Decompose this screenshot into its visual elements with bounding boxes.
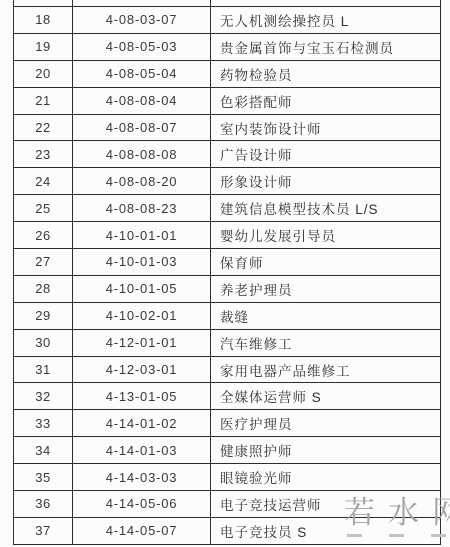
- row-number-cell: 29: [14, 303, 73, 329]
- occupation-name-cell: 养老护理员: [211, 276, 440, 302]
- occupation-name-cell: 贵金属首饰与宝玉石检测员: [211, 34, 440, 60]
- occupation-code-cell: 4-13-01-05: [73, 383, 211, 409]
- row-number-cell: 30: [14, 330, 73, 356]
- table-row: 234-08-08-08广告设计师: [14, 141, 440, 168]
- table-row: 204-08-05-04药物检验员: [14, 61, 440, 88]
- row-number-cell: 22: [14, 115, 73, 141]
- occupation-code-cell: [73, 0, 211, 6]
- occupation-code-cell: 4-10-02-01: [73, 303, 211, 329]
- occupation-name-cell: 电子竞技员 S: [211, 518, 440, 544]
- occupation-code-cell: 4-10-01-05: [73, 276, 211, 302]
- table-row: 184-08-03-07无人机测绘操控员 L: [14, 7, 440, 34]
- table-row: 264-10-01-01婴幼儿发展引导员: [14, 222, 440, 249]
- table-row: 324-13-01-05全媒体运营师 S: [14, 383, 440, 410]
- occupation-code-table: 184-08-03-07无人机测绘操控员 L194-08-05-03贵金属首饰与…: [13, 0, 441, 545]
- row-number-cell: 25: [14, 195, 73, 221]
- occupation-name-cell: 建筑信息模型技术员 L/S: [211, 195, 440, 221]
- occupation-code-cell: 4-08-08-07: [73, 115, 211, 141]
- occupation-code-cell: 4-14-01-03: [73, 437, 211, 463]
- occupation-name-cell: 汽车维修工: [211, 330, 440, 356]
- occupation-name-cell: 室内装饰设计师: [211, 115, 440, 141]
- occupation-name-cell: 医疗护理员: [211, 410, 440, 436]
- row-number-cell: 37: [14, 518, 73, 544]
- occupation-code-cell: 4-10-01-03: [73, 249, 211, 275]
- row-number-cell: 26: [14, 222, 73, 248]
- occupation-code-cell: 4-08-08-04: [73, 88, 211, 114]
- table-row: 304-12-01-01汽车维修工: [14, 330, 440, 357]
- occupation-code-cell: 4-08-05-03: [73, 34, 211, 60]
- occupation-name-cell: 全媒体运营师 S: [211, 383, 440, 409]
- occupation-name-cell: 婴幼儿发展引导员: [211, 222, 440, 248]
- scanned-document-page: 184-08-03-07无人机测绘操控员 L194-08-05-03贵金属首饰与…: [0, 0, 450, 547]
- occupation-name-cell: 保育师: [211, 249, 440, 275]
- occupation-code-cell: 4-08-08-08: [73, 141, 211, 167]
- occupation-code-cell: 4-08-08-20: [73, 168, 211, 194]
- table-row: 194-08-05-03贵金属首饰与宝玉石检测员: [14, 34, 440, 61]
- row-number-cell: 31: [14, 357, 73, 383]
- table-row: 244-08-08-20形象设计师: [14, 168, 440, 195]
- table-partial-row-top: [14, 0, 440, 7]
- row-number-cell: 19: [14, 34, 73, 60]
- table-row: 254-08-08-23建筑信息模型技术员 L/S: [14, 195, 440, 222]
- occupation-code-cell: 4-08-08-23: [73, 195, 211, 221]
- occupation-code-cell: 4-08-05-04: [73, 61, 211, 87]
- row-number-cell: 32: [14, 383, 73, 409]
- row-number-cell: 34: [14, 437, 73, 463]
- table-row: 354-14-03-03眼镜验光师: [14, 464, 440, 491]
- occupation-name-cell: 家用电器产品维修工: [211, 357, 440, 383]
- row-number-cell: 28: [14, 276, 73, 302]
- occupation-code-cell: 4-12-01-01: [73, 330, 211, 356]
- occupation-code-cell: 4-10-01-01: [73, 222, 211, 248]
- row-number-cell: 33: [14, 410, 73, 436]
- table-row: 274-10-01-03保育师: [14, 249, 440, 276]
- occupation-code-cell: 4-14-05-07: [73, 518, 211, 544]
- occupation-name-cell: 电子竞技运营师: [211, 491, 440, 517]
- table-row: 344-14-01-03健康照护师: [14, 437, 440, 464]
- table-row: 334-14-01-02医疗护理员: [14, 410, 440, 437]
- occupation-code-cell: 4-14-05-06: [73, 491, 211, 517]
- occupation-code-cell: 4-14-03-03: [73, 464, 211, 490]
- table-row: 374-14-05-07电子竞技员 S: [14, 518, 440, 545]
- table-row: 364-14-05-06电子竞技运营师: [14, 491, 440, 518]
- occupation-name-cell: 裁缝: [211, 303, 440, 329]
- occupation-name-cell: 无人机测绘操控员 L: [211, 7, 440, 33]
- row-number-cell: 27: [14, 249, 73, 275]
- row-number-cell: 24: [14, 168, 73, 194]
- occupation-name-cell: 健康照护师: [211, 437, 440, 463]
- occupation-name-cell: 形象设计师: [211, 168, 440, 194]
- occupation-name-cell: 广告设计师: [211, 141, 440, 167]
- row-number-cell: 23: [14, 141, 73, 167]
- occupation-code-cell: 4-12-03-01: [73, 357, 211, 383]
- occupation-name-cell: 药物检验员: [211, 61, 440, 87]
- occupation-name-cell: 眼镜验光师: [211, 464, 440, 490]
- table-row: 314-12-03-01家用电器产品维修工: [14, 357, 440, 384]
- occupation-name-cell: 色彩搭配师: [211, 88, 440, 114]
- row-number-cell: 20: [14, 61, 73, 87]
- row-number-cell: 35: [14, 464, 73, 490]
- table-row: 224-08-08-07室内装饰设计师: [14, 115, 440, 142]
- row-number-cell: [14, 0, 73, 6]
- table-row: 284-10-01-05养老护理员: [14, 276, 440, 303]
- table-row: 294-10-02-01裁缝: [14, 303, 440, 330]
- occupation-code-cell: 4-08-03-07: [73, 7, 211, 33]
- row-number-cell: 18: [14, 7, 73, 33]
- table-row: 214-08-08-04色彩搭配师: [14, 88, 440, 115]
- occupation-name-cell: [211, 0, 440, 6]
- row-number-cell: 36: [14, 491, 73, 517]
- table-body: 184-08-03-07无人机测绘操控员 L194-08-05-03贵金属首饰与…: [14, 7, 440, 545]
- row-number-cell: 21: [14, 88, 73, 114]
- occupation-code-cell: 4-14-01-02: [73, 410, 211, 436]
